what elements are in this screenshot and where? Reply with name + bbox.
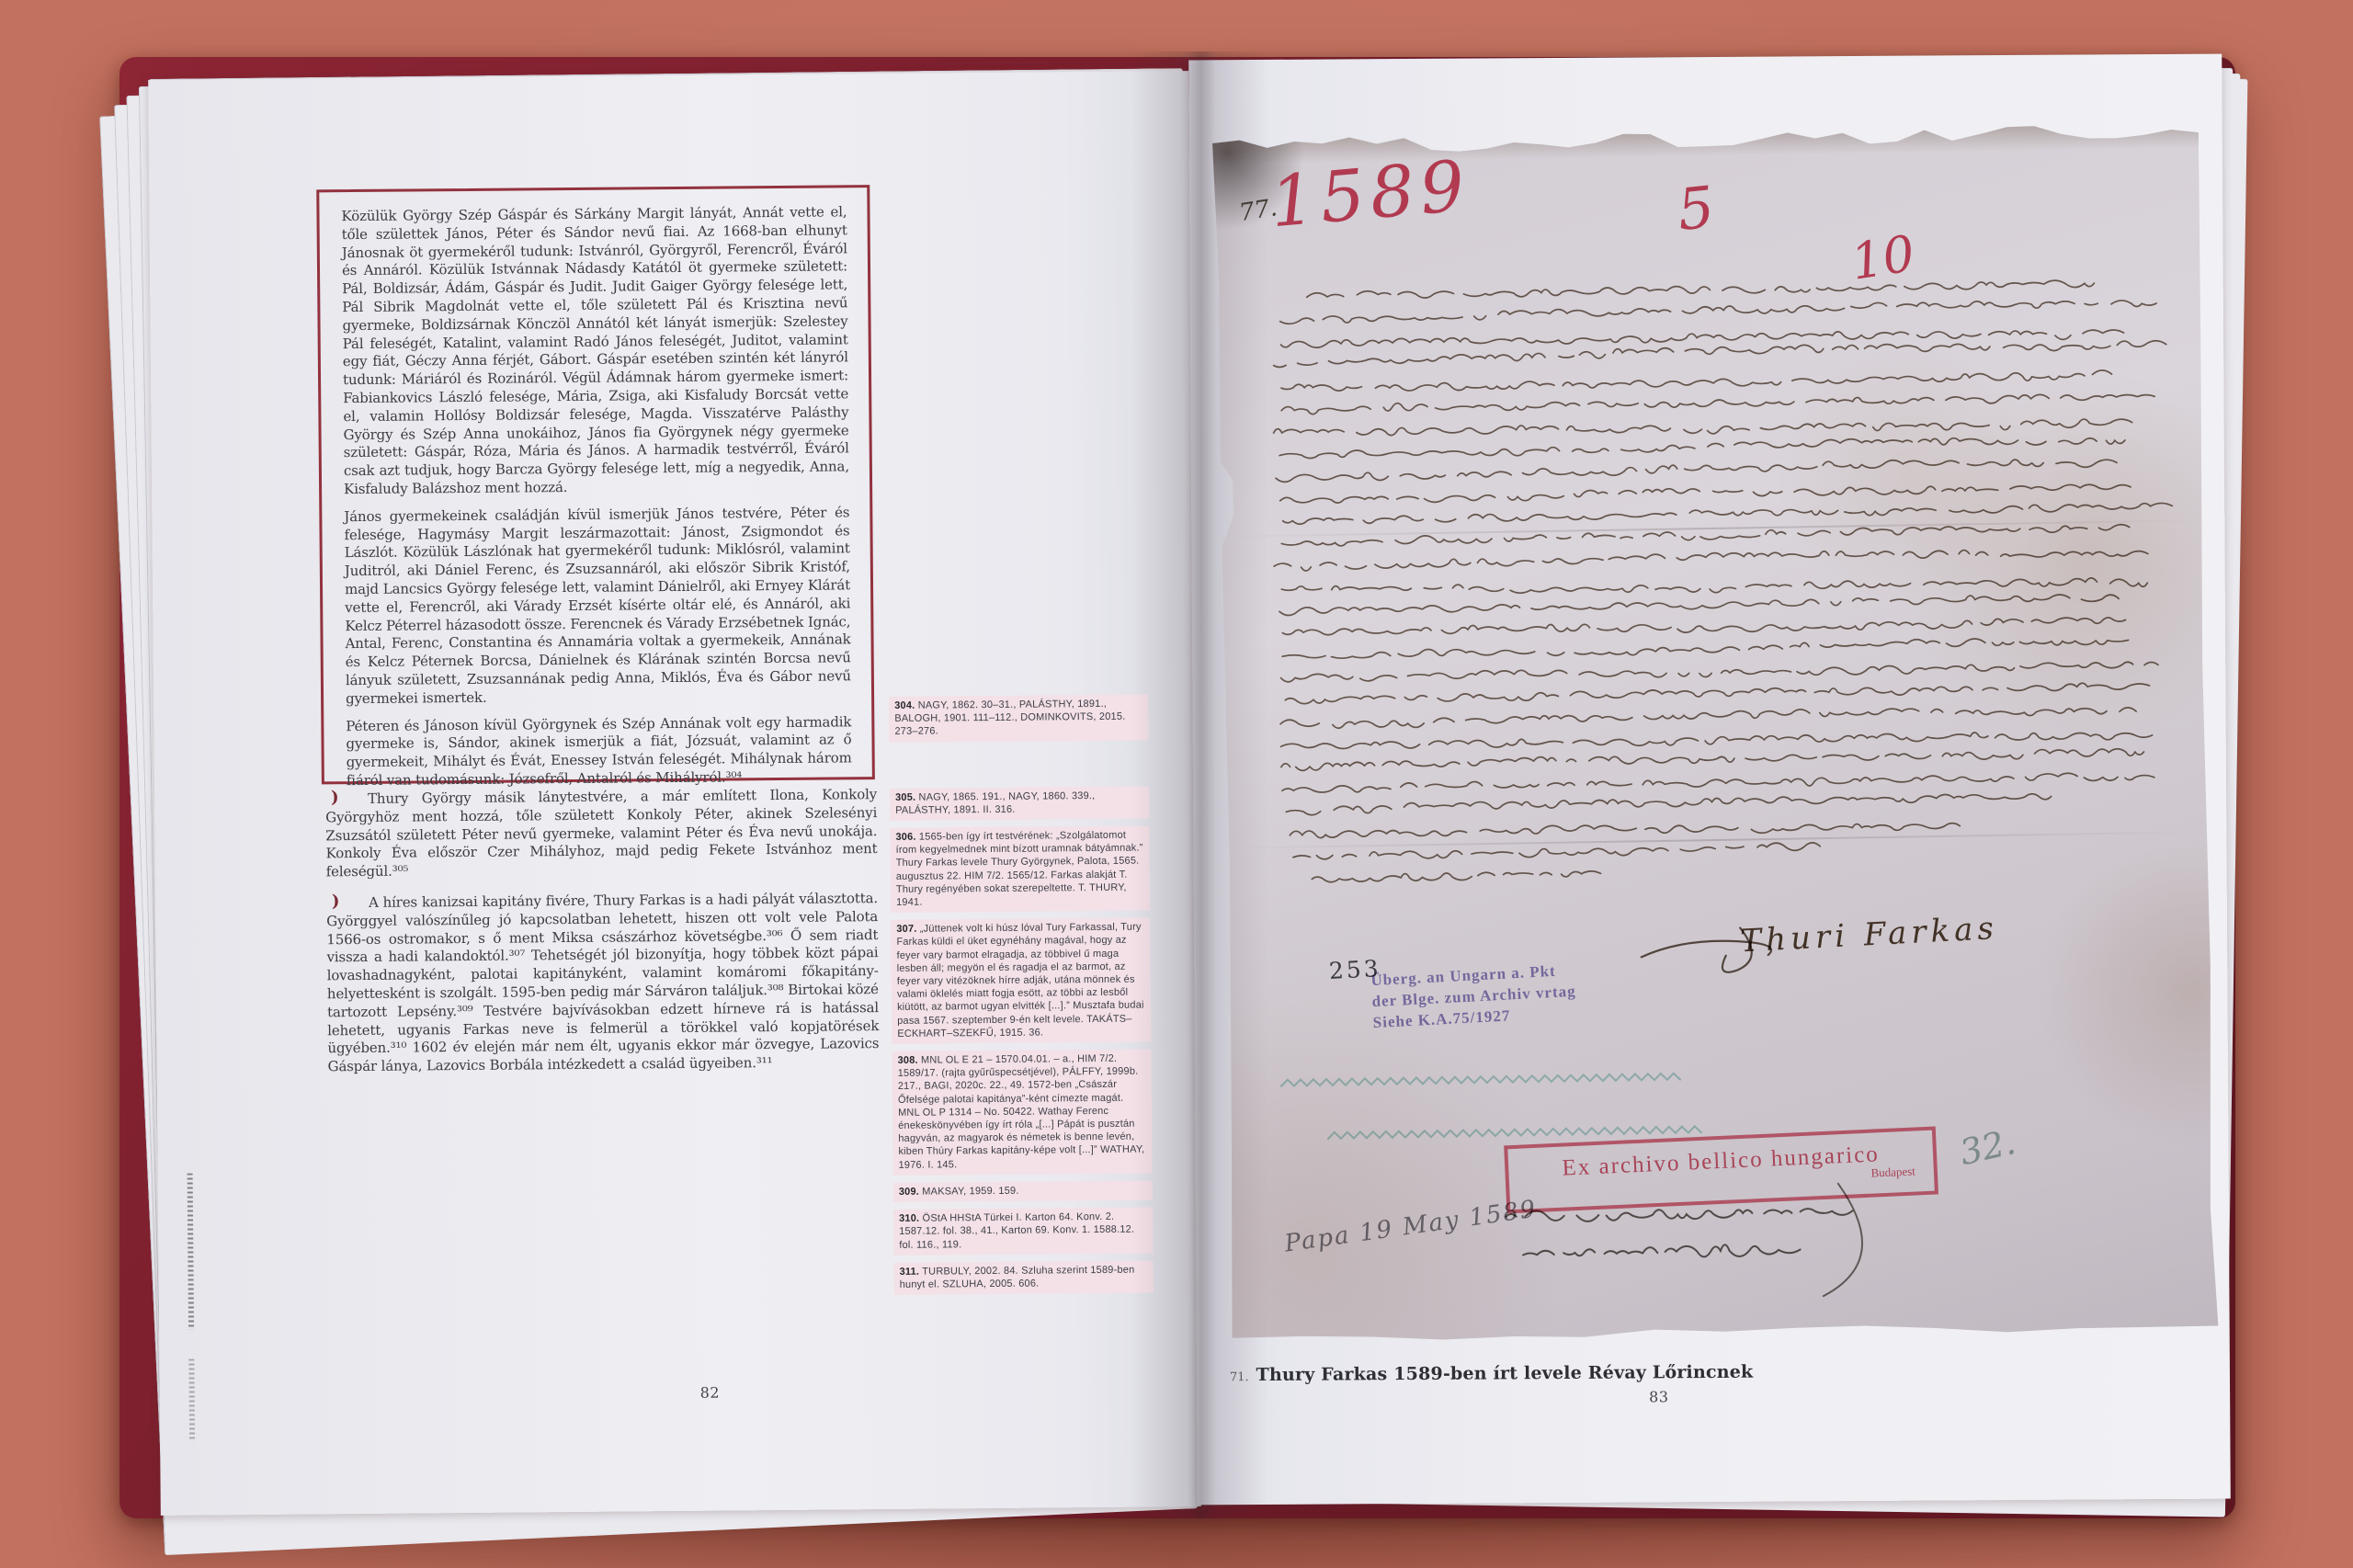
- numeral-five: 5: [1675, 173, 1718, 244]
- letter-facsimile: 77. 1589 5 10 253 Überg. an Ungarn a. Pk…: [1212, 119, 2219, 1346]
- footnotes-column: 304. NAGY, 1862. 30–31., PALÁSTHY, 1891.…: [889, 695, 1154, 1303]
- box-paragraph-3: Péteren és Jánoson kívül Györgynek és Sz…: [346, 713, 852, 790]
- numeral-ten: 10: [1847, 224, 1919, 291]
- page-number-right: 83: [1649, 1388, 1668, 1405]
- figure-number: 71.: [1230, 1370, 1249, 1384]
- body-paragraph-1: )Thury György másik lánytestvére, a már …: [325, 786, 878, 881]
- footnote-307: 307. „Jüttenek volt ki húsz lóval Tury F…: [891, 918, 1151, 1044]
- figure-caption-text: Thury Farkas 1589-ben írt levele Révay L…: [1256, 1362, 1754, 1385]
- paragraph-marker: ): [332, 892, 340, 911]
- spine-marginalia: [188, 1359, 195, 1442]
- page-number-left: 82: [700, 1384, 721, 1402]
- footnote-311: 311. TURBULY, 2002. 84. Szluha szerint 1…: [893, 1260, 1153, 1295]
- footnote-310: 310. ÖStA HHStA Türkei I. Karton 64. Kon…: [893, 1208, 1153, 1256]
- body-paragraph-2: )A híres kanizsai kapitány fivére, Thury…: [326, 890, 880, 1076]
- footnote-308: 308. MNL OL E 21 – 1570.04.01. – a., HIM…: [892, 1050, 1152, 1176]
- footnote-309: 309. MAKSAY, 1959. 159.: [893, 1180, 1153, 1202]
- footnote-304: 304. NAGY, 1862. 30–31., PALÁSTHY, 1891.…: [889, 695, 1148, 743]
- paragraph-marker: ): [331, 789, 339, 807]
- figure-caption: 71.Thury Farkas 1589-ben írt levele Réva…: [1230, 1362, 1754, 1385]
- genealogy-text-box: Közülük György Szép Gáspár és Sárkány Ma…: [316, 185, 875, 784]
- right-page: 77. 1589 5 10 253 Überg. an Ungarn a. Pk…: [1188, 54, 2231, 1506]
- left-page: Közülük György Szép Gáspár és Sárkány Ma…: [148, 71, 1201, 1516]
- footnote-305: 305. NAGY, 1865. 191., NAGY, 1860. 339.,…: [890, 786, 1149, 821]
- box-paragraph-1: Közülük György Szép Gáspár és Sárkány Ma…: [341, 203, 849, 499]
- body-text-blocks: )Thury György másik lánytestvére, a már …: [325, 786, 880, 1089]
- year-1589: 1589: [1267, 144, 1472, 243]
- footnote-306: 306. 1565-ben így írt testvérének: „Szol…: [890, 826, 1150, 914]
- spine-marginalia: [188, 1174, 194, 1330]
- box-paragraph-2: János gyermekeinek családján kívül ismer…: [344, 504, 851, 709]
